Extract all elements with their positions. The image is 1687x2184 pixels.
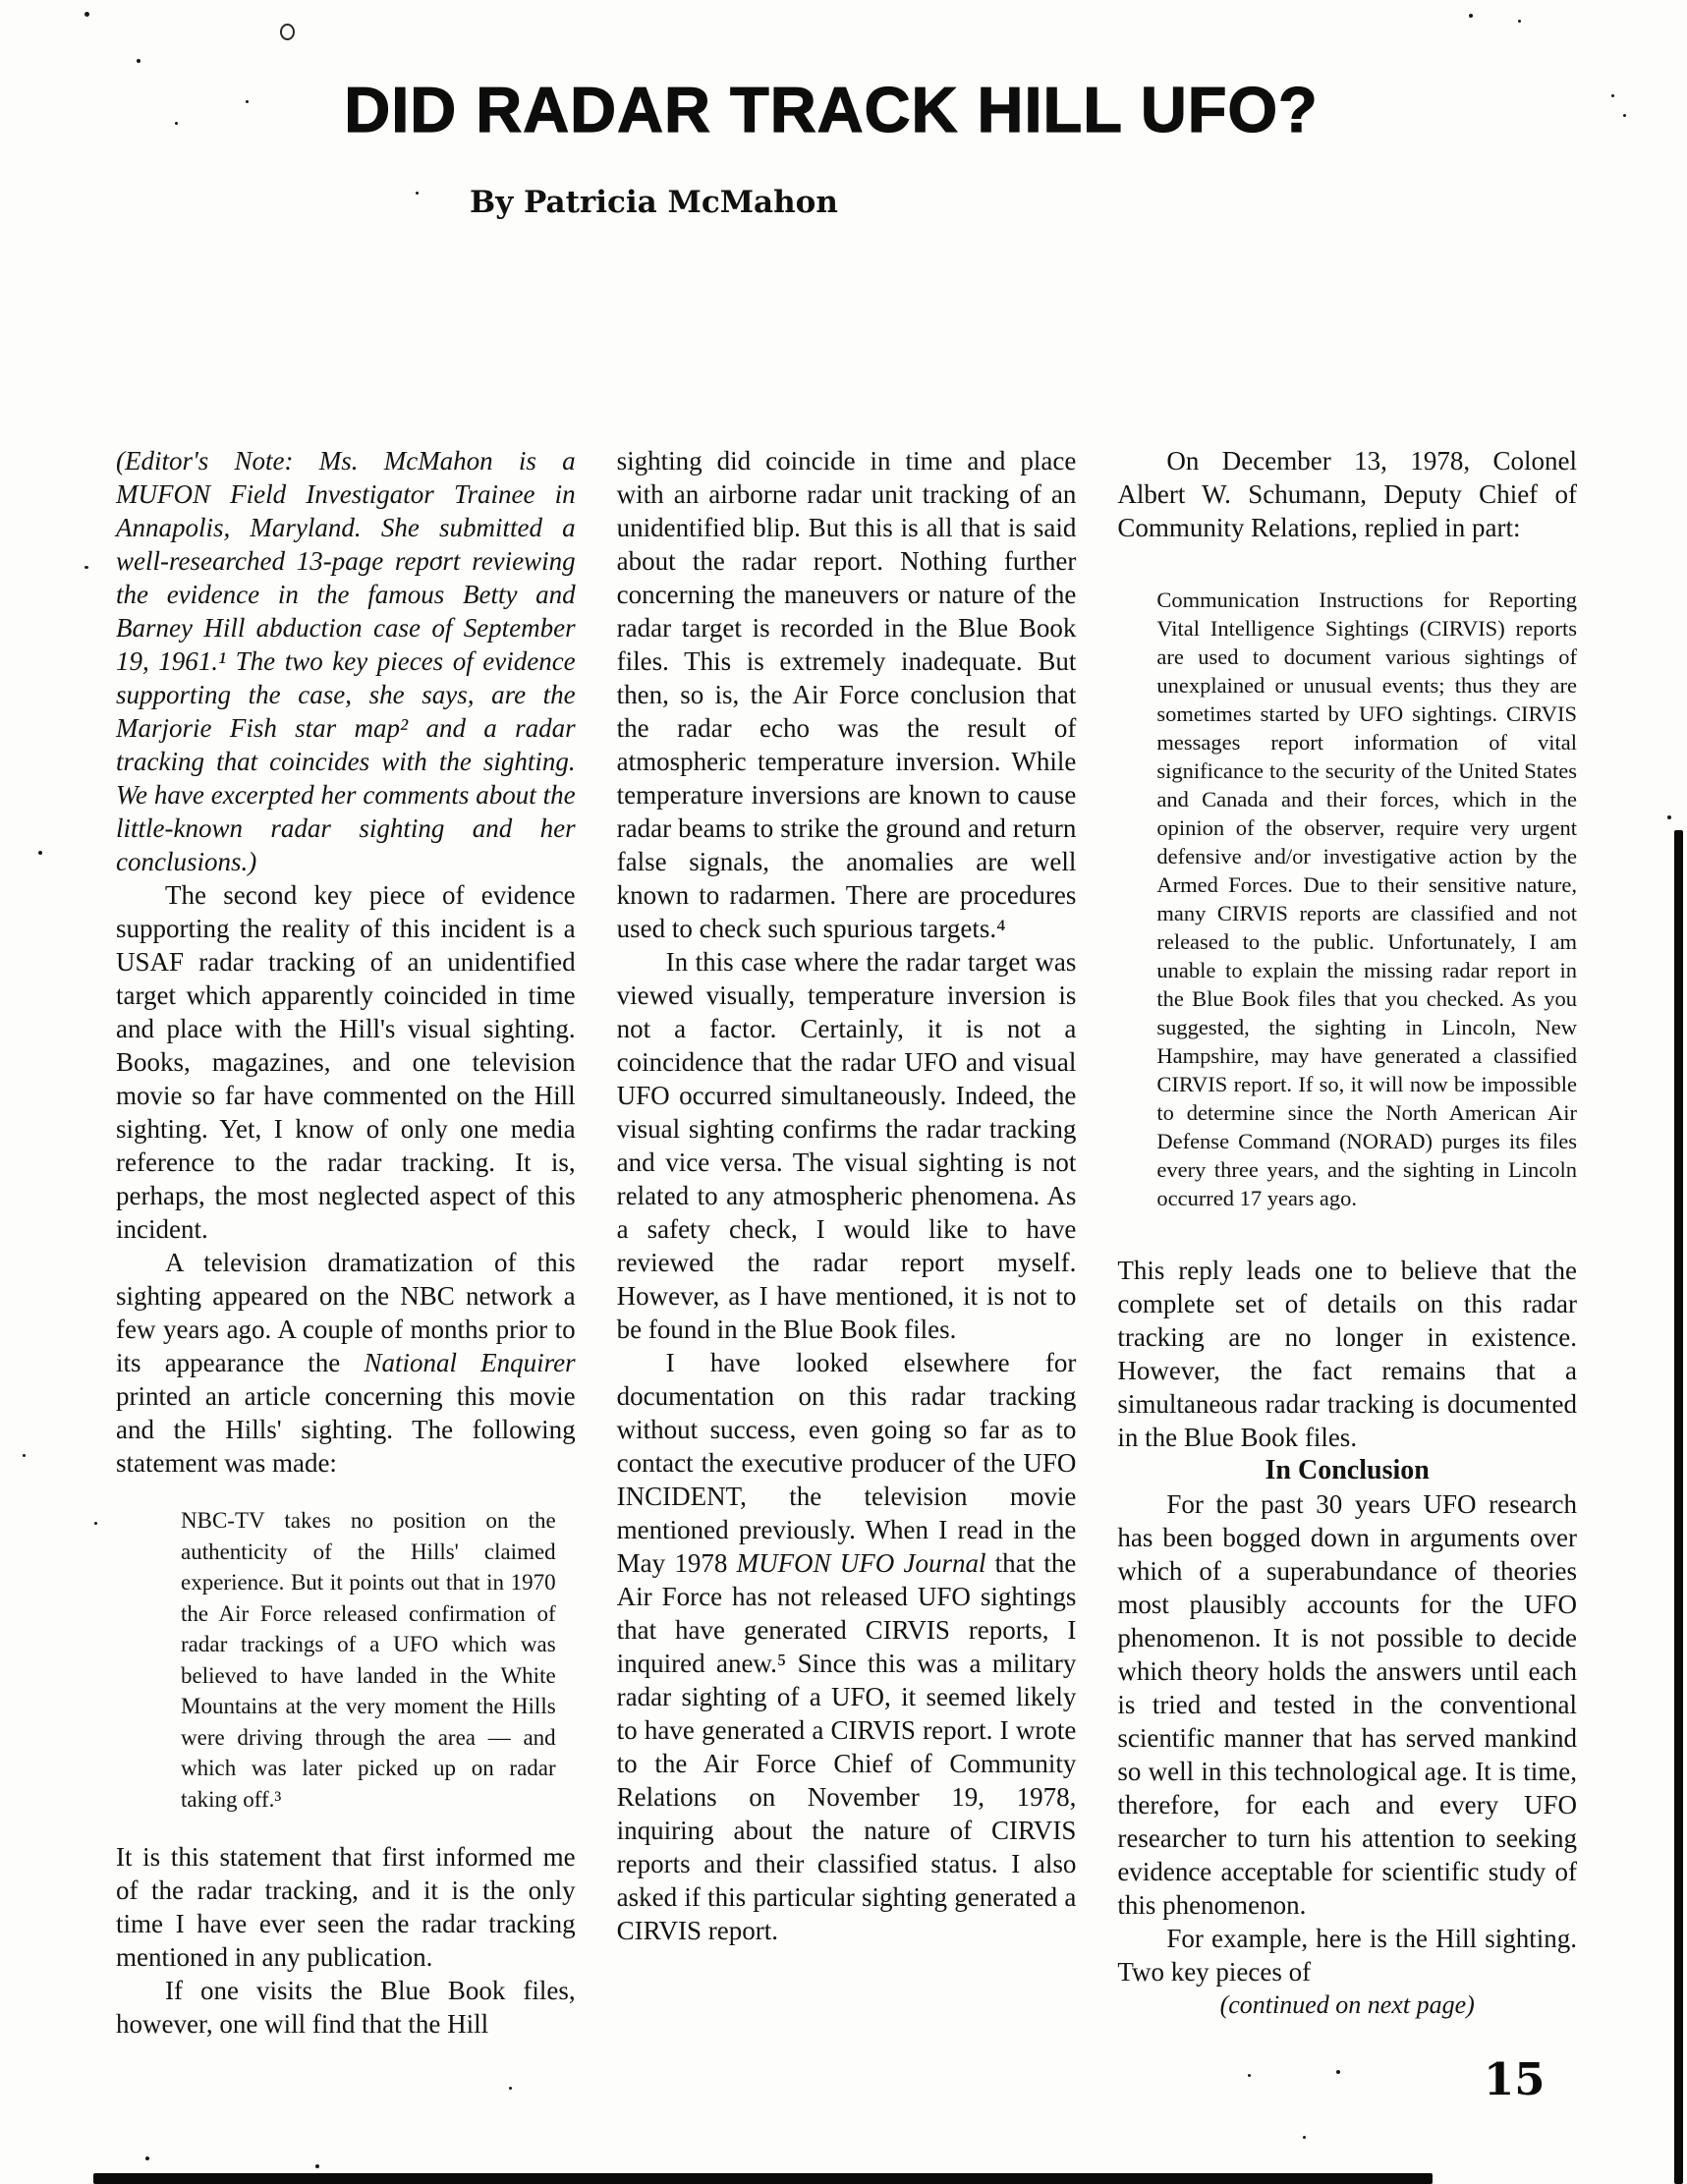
scan-speck xyxy=(1611,94,1614,97)
scan-speck xyxy=(1623,114,1626,117)
editors-note: (Editor's Note: Ms. McMahon is a MUFON F… xyxy=(116,444,576,878)
scan-speck xyxy=(416,192,419,195)
paragraph-for-example: For example, here is the Hill sighting. … xyxy=(1117,1922,1577,1988)
column-3: On December 13, 1978, Colonel Albert W. … xyxy=(1117,444,1577,2041)
scan-speck xyxy=(137,59,141,63)
scan-speck xyxy=(315,2164,319,2168)
scan-speck xyxy=(23,1454,26,1457)
paragraph-schumann-reply: On December 13, 1978, Colonel Albert W. … xyxy=(1117,444,1577,544)
column-2: sighting did coincide in time and place … xyxy=(617,444,1077,2041)
cirvis-blockquote: Communication Instructions for Reporting… xyxy=(1156,586,1577,1212)
paragraph-reply-leads: This reply leads one to believe that the… xyxy=(1117,1254,1577,1454)
paragraph-tv-text-b: printed an article concerning this movie… xyxy=(116,1381,576,1478)
scan-speck xyxy=(439,556,442,559)
in-conclusion-heading: In Conclusion xyxy=(1117,1454,1577,1487)
national-enquirer-title: National Enquirer xyxy=(364,1348,575,1377)
scan-speck xyxy=(145,2156,149,2160)
paragraph-tv-dramatization: A television dramatization of this sight… xyxy=(116,1246,576,1480)
scan-speck xyxy=(1303,2136,1306,2139)
scan-speck xyxy=(84,12,89,17)
article-byline: By Patricia McMahon xyxy=(470,185,838,220)
scan-speck xyxy=(175,122,178,125)
scan-speck xyxy=(509,2087,512,2090)
scan-speck xyxy=(1336,2070,1340,2074)
paragraph-blue-book-visit: If one visits the Blue Book files, howev… xyxy=(116,1974,576,2041)
paragraph-temperature-inversion: In this case where the radar target was … xyxy=(617,945,1077,1346)
paragraph-past-30-years: For the past 30 years UFO research has b… xyxy=(1117,1487,1577,1922)
column-1: (Editor's Note: Ms. McMahon is a MUFON F… xyxy=(116,444,576,2041)
article-title: DID RADAR TRACK HILL UFO? xyxy=(0,73,1662,146)
paragraph-looked-text-b: that the Air Force has not released UFO … xyxy=(617,1548,1077,1945)
continued-on-next-page-note: (continued on next page) xyxy=(1117,1988,1577,2022)
scan-speck xyxy=(84,566,88,569)
scanned-journal-page: { "page": { "title": "DID RADAR TRACK HI… xyxy=(0,0,1687,2184)
scan-edge-bottom-bar xyxy=(93,2173,1433,2184)
paragraph-second-key-evidence: The second key piece of evidence support… xyxy=(116,878,576,1246)
paragraph-sighting-coincide: sighting did coincide in time and place … xyxy=(617,444,1077,945)
mufon-journal-title: MUFON UFO Journal xyxy=(737,1548,986,1578)
scan-edge-right-bar xyxy=(1674,830,1683,2184)
nbc-tv-blockquote: NBC-TV takes no position on the authenti… xyxy=(181,1505,556,1815)
paragraph-looked-text-a: I have looked elsewhere for documentatio… xyxy=(617,1348,1077,1578)
scan-speck xyxy=(38,851,42,855)
paragraph-looked-elsewhere: I have looked elsewhere for documentatio… xyxy=(617,1346,1077,1947)
paragraph-statement-informed: It is this statement that first informed… xyxy=(116,1840,576,1974)
page-number: 15 xyxy=(1484,2053,1546,2105)
scan-speck xyxy=(94,1522,97,1525)
scan-speck xyxy=(246,100,249,103)
scan-speck xyxy=(1248,2074,1251,2077)
scan-ring-mark xyxy=(280,24,295,40)
scan-speck xyxy=(1518,20,1521,23)
article-body: (Editor's Note: Ms. McMahon is a MUFON F… xyxy=(116,444,1577,2041)
scan-speck xyxy=(1667,815,1671,819)
scan-speck xyxy=(1469,14,1473,18)
